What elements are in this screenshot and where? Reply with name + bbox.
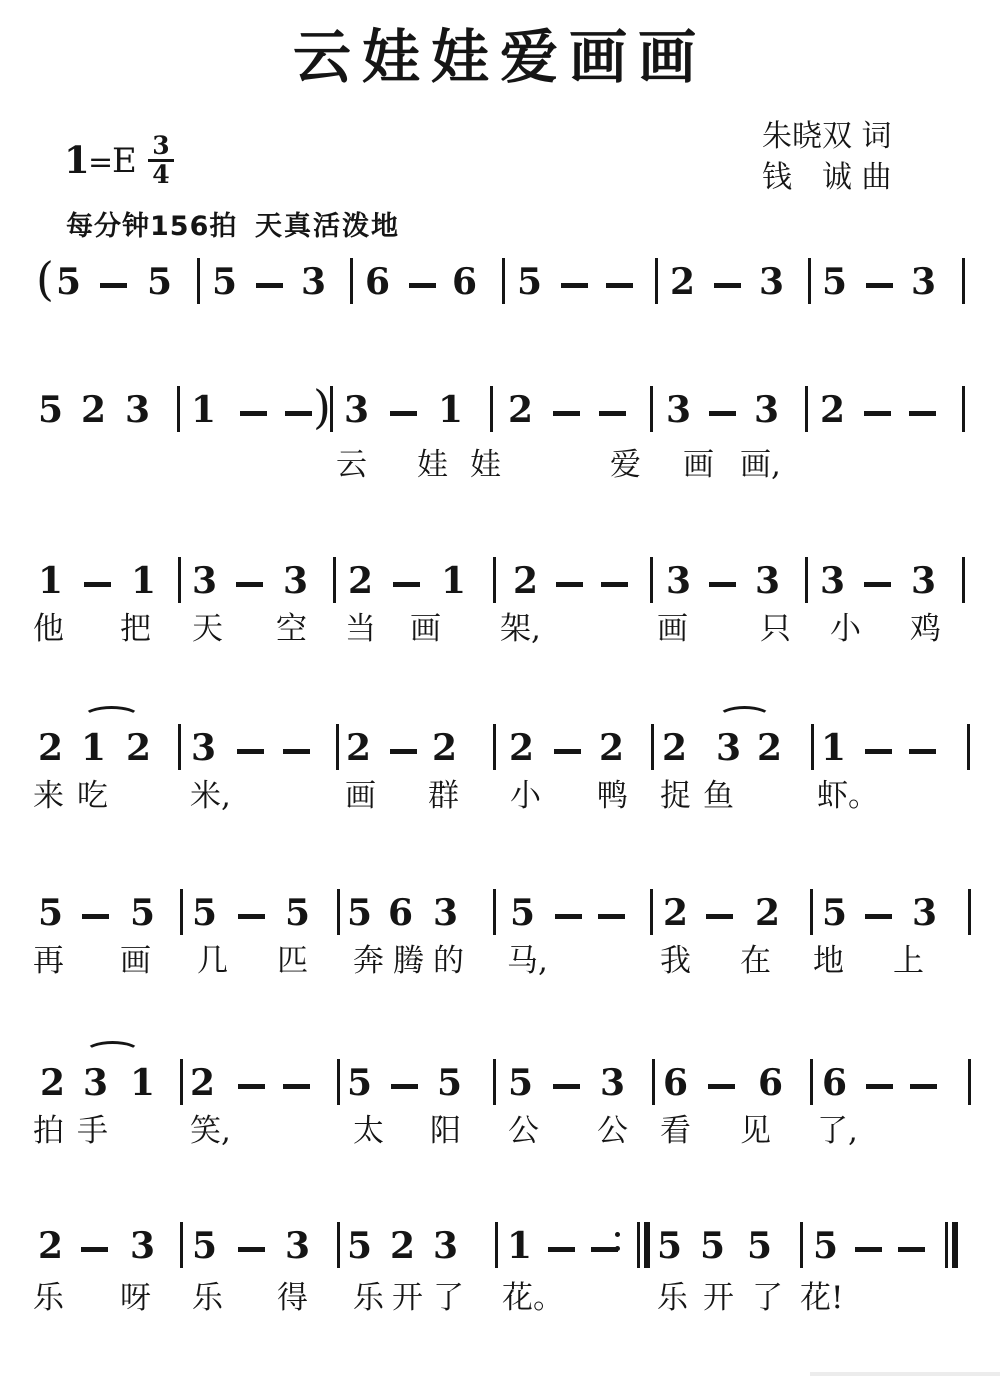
lyric-syllable: 娃 <box>470 448 501 482</box>
barline <box>805 386 808 432</box>
note-token: 2 <box>390 1228 415 1264</box>
note-token: 5 <box>813 1228 838 1264</box>
dash-token <box>84 582 111 587</box>
dash-token <box>238 1084 265 1089</box>
barline <box>178 724 181 770</box>
dash-token <box>238 914 265 919</box>
lyric-syllable: 开 <box>703 1281 734 1315</box>
note-token: 2 <box>432 730 457 766</box>
dash-token <box>555 914 582 919</box>
lyric-syllable: 画 <box>345 779 376 813</box>
barline-stroke <box>637 1222 640 1268</box>
dash-token <box>864 411 891 416</box>
dash-token <box>708 1084 735 1089</box>
note-token: 3 <box>600 1065 625 1101</box>
barline <box>337 1222 340 1268</box>
repeat-dot <box>615 1232 620 1237</box>
barline <box>180 1222 183 1268</box>
lyric-syllable: 云 <box>336 448 367 482</box>
note-token: 2 <box>757 730 782 766</box>
note-token: 1 <box>38 563 63 599</box>
lyric-syllable: 花。 <box>502 1281 564 1315</box>
note-token: 3 <box>344 392 369 428</box>
lyric-syllable: 了, <box>817 1114 858 1148</box>
lyric-syllable: 太 <box>353 1114 384 1148</box>
note-token: 3 <box>433 895 458 931</box>
lyric-syllable: 娃 <box>417 448 448 482</box>
lyric-syllable: 鸡 <box>910 612 941 646</box>
note-token: 6 <box>452 264 477 300</box>
lyric-syllable: 上 <box>893 944 924 978</box>
note-token: 3 <box>666 392 691 428</box>
dash-token <box>898 1247 925 1252</box>
note-token: 2 <box>38 730 63 766</box>
lyric-syllable: 天 <box>192 612 223 646</box>
note-token: 3 <box>301 264 326 300</box>
note-token: 5 <box>700 1228 725 1264</box>
barline <box>962 557 965 603</box>
lyric-syllable: 画 <box>657 612 688 646</box>
note-token: 3 <box>759 264 784 300</box>
phrase-paren: ) <box>313 384 331 430</box>
barline <box>962 258 965 304</box>
barline <box>330 386 333 432</box>
lyric-syllable: 画, <box>740 448 781 482</box>
dash-token <box>391 1084 418 1089</box>
note-token: 2 <box>663 895 688 931</box>
note-token: 2 <box>662 730 687 766</box>
barline <box>805 557 808 603</box>
barline <box>968 889 971 935</box>
barline <box>650 889 653 935</box>
dash-token <box>256 283 283 288</box>
lyric-syllable: 乐 <box>657 1281 688 1315</box>
barline <box>655 258 658 304</box>
note-token: 5 <box>822 895 847 931</box>
note-token: 6 <box>758 1065 783 1101</box>
score: (555366523535231)312332云娃娃爱画画,1133212333… <box>0 0 1000 1383</box>
note-token: 5 <box>517 264 542 300</box>
dash-token <box>81 1247 108 1252</box>
lyric-syllable: 乐 <box>192 1281 223 1315</box>
note-token: 3 <box>666 563 691 599</box>
dash-token <box>553 1084 580 1089</box>
dash-token <box>865 914 892 919</box>
lyric-syllable: 地 <box>813 944 844 978</box>
barline-stroke <box>952 1222 958 1268</box>
dash-token <box>910 1084 937 1089</box>
barline-stroke <box>644 1222 650 1268</box>
barline <box>493 557 496 603</box>
barline-stroke <box>945 1222 948 1268</box>
note-token: 2 <box>126 730 151 766</box>
note-token: 2 <box>81 392 106 428</box>
barline <box>810 889 813 935</box>
lyric-syllable: 公 <box>597 1114 628 1148</box>
note-token: 3 <box>754 392 779 428</box>
barline <box>495 1222 498 1268</box>
note-token: 3 <box>912 895 937 931</box>
barline <box>493 724 496 770</box>
lyric-syllable: 乐 <box>33 1281 64 1315</box>
lyric-syllable: 了 <box>433 1281 464 1315</box>
note-token: 3 <box>83 1065 108 1101</box>
lyric-syllable: 小 <box>830 612 861 646</box>
dash-token <box>866 1084 893 1089</box>
note-token: 3 <box>911 563 936 599</box>
note-token: 5 <box>347 1228 372 1264</box>
dash-token <box>237 749 264 754</box>
lyric-syllable: 了 <box>752 1281 783 1315</box>
lyric-syllable: 拍 <box>33 1114 64 1148</box>
lyric-syllable: 乐 <box>353 1281 384 1315</box>
barline <box>962 386 965 432</box>
dash-token <box>240 411 267 416</box>
note-token: 1 <box>131 563 156 599</box>
dash-token <box>709 582 736 587</box>
dash-token <box>285 411 312 416</box>
barline <box>180 1059 183 1105</box>
note-token: 5 <box>38 392 63 428</box>
lyric-syllable: 得 <box>277 1281 308 1315</box>
dash-token <box>855 1247 882 1252</box>
barline <box>180 889 183 935</box>
note-token: 1 <box>130 1065 155 1101</box>
barline <box>178 557 181 603</box>
phrase-paren: ( <box>36 256 54 302</box>
lyric-syllable: 公 <box>508 1114 539 1148</box>
dash-token <box>606 283 633 288</box>
lyric-syllable: 虾。 <box>817 779 879 813</box>
note-token: 2 <box>38 1228 63 1264</box>
barline <box>350 258 353 304</box>
barline <box>197 258 200 304</box>
lyric-syllable: 画 <box>410 612 441 646</box>
barline <box>811 724 814 770</box>
note-token: 3 <box>283 563 308 599</box>
note-token: 5 <box>437 1065 462 1101</box>
barline <box>493 1059 496 1105</box>
dash-token <box>561 283 588 288</box>
dash-token <box>100 283 127 288</box>
lyric-syllable: 马, <box>507 944 548 978</box>
dash-token <box>548 1247 575 1252</box>
note-token: 3 <box>433 1228 458 1264</box>
note-token: 2 <box>190 1065 215 1101</box>
barline <box>650 386 653 432</box>
note-token: 1 <box>821 730 846 766</box>
note-token: 2 <box>348 563 373 599</box>
lyric-syllable: 呀 <box>120 1281 151 1315</box>
note-token: 6 <box>822 1065 847 1101</box>
lyric-syllable: 见 <box>740 1114 771 1148</box>
barline <box>336 724 339 770</box>
lyric-syllable: 吃 <box>77 779 108 813</box>
note-token: 2 <box>40 1065 65 1101</box>
barline <box>493 889 496 935</box>
sheet-music-page: 云娃娃爱画画 朱晓双 词 钱 诚 曲 1 = E 3 4 每分钟156拍 天真活… <box>0 0 1000 1383</box>
dash-token <box>236 582 263 587</box>
lyric-syllable: 他 <box>33 612 64 646</box>
note-token: 5 <box>56 264 81 300</box>
dash-token <box>283 1084 310 1089</box>
note-token: 3 <box>820 563 845 599</box>
note-token: 5 <box>192 1228 217 1264</box>
note-token: 5 <box>38 895 63 931</box>
lyric-syllable: 群 <box>428 779 459 813</box>
slur-arc <box>85 1041 140 1063</box>
note-token: 1 <box>438 392 463 428</box>
dash-token <box>409 283 436 288</box>
lyric-syllable: 把 <box>120 612 151 646</box>
note-token: 5 <box>347 1065 372 1101</box>
note-token: 1 <box>191 392 216 428</box>
barline <box>810 1059 813 1105</box>
barline <box>337 1059 340 1105</box>
note-token: 5 <box>347 895 372 931</box>
barline <box>967 724 970 770</box>
barline <box>177 386 180 432</box>
slur-arc <box>83 706 140 728</box>
note-token: 5 <box>285 895 310 931</box>
note-token: 2 <box>820 392 845 428</box>
dash-token <box>598 914 625 919</box>
lyric-syllable: 腾 <box>393 944 424 978</box>
note-token: 1 <box>441 563 466 599</box>
note-token: 2 <box>670 264 695 300</box>
note-token: 3 <box>716 730 741 766</box>
repeat-dot <box>615 1246 620 1251</box>
note-token: 3 <box>125 392 150 428</box>
lyric-syllable: 开 <box>392 1281 423 1315</box>
note-token: 5 <box>822 264 847 300</box>
lyric-syllable: 再 <box>33 944 64 978</box>
dash-token <box>393 582 420 587</box>
note-token: 5 <box>510 895 535 931</box>
lyric-syllable: 我 <box>660 944 691 978</box>
lyric-syllable: 鸭 <box>597 779 628 813</box>
lyric-syllable: 匹 <box>277 944 308 978</box>
dash-token <box>554 749 581 754</box>
lyric-syllable: 来 <box>33 779 64 813</box>
dash-token <box>909 411 936 416</box>
lyric-syllable: 架, <box>500 612 541 646</box>
lyric-syllable: 奔 <box>353 944 384 978</box>
dash-token <box>556 582 583 587</box>
dash-token <box>709 411 736 416</box>
barline <box>650 557 653 603</box>
lyric-syllable: 爱 <box>610 448 641 482</box>
barline <box>333 557 336 603</box>
note-token: 2 <box>509 730 534 766</box>
dash-token <box>390 411 417 416</box>
barline <box>808 258 811 304</box>
barline <box>337 889 340 935</box>
note-token: 1 <box>81 730 106 766</box>
note-token: 5 <box>130 895 155 931</box>
note-token: 5 <box>657 1228 682 1264</box>
lyric-syllable: 空 <box>276 612 307 646</box>
note-token: 6 <box>663 1065 688 1101</box>
dash-token <box>909 749 936 754</box>
note-token: 3 <box>191 730 216 766</box>
note-token: 5 <box>747 1228 772 1264</box>
lyric-syllable: 在 <box>740 944 771 978</box>
dash-token <box>706 914 733 919</box>
barline <box>502 258 505 304</box>
lyric-syllable: 鱼 <box>703 779 734 813</box>
lyric-syllable: 手 <box>77 1114 108 1148</box>
lyric-syllable: 画 <box>120 944 151 978</box>
lyric-syllable: 几 <box>197 944 228 978</box>
note-token: 3 <box>911 264 936 300</box>
note-token: 3 <box>285 1228 310 1264</box>
barline <box>968 1059 971 1105</box>
dash-token <box>866 283 893 288</box>
barline <box>800 1222 803 1268</box>
barline <box>490 386 493 432</box>
lyric-syllable: 小 <box>510 779 541 813</box>
dash-token <box>238 1247 265 1252</box>
dash-token <box>714 283 741 288</box>
lyric-syllable: 阳 <box>430 1114 461 1148</box>
lyric-syllable: 看 <box>660 1114 691 1148</box>
lyric-syllable: 的 <box>433 944 464 978</box>
note-token: 5 <box>212 264 237 300</box>
dash-token <box>82 914 109 919</box>
dash-token <box>390 749 417 754</box>
note-token: 2 <box>508 392 533 428</box>
lyric-syllable: 当 <box>345 612 376 646</box>
note-token: 6 <box>365 264 390 300</box>
scan-artifact <box>810 1372 1000 1376</box>
dash-token <box>601 582 628 587</box>
slur-arc <box>718 706 771 728</box>
note-token: 5 <box>147 264 172 300</box>
note-token: 3 <box>755 563 780 599</box>
dash-token <box>864 582 891 587</box>
note-token: 1 <box>507 1228 532 1264</box>
dash-token <box>283 749 310 754</box>
lyric-syllable: 笑, <box>190 1114 231 1148</box>
dash-token <box>553 411 580 416</box>
note-token: 3 <box>192 563 217 599</box>
lyric-syllable: 画 <box>683 448 714 482</box>
note-token: 5 <box>192 895 217 931</box>
lyric-syllable: 米, <box>190 779 231 813</box>
note-token: 5 <box>508 1065 533 1101</box>
note-token: 2 <box>346 730 371 766</box>
note-token: 6 <box>388 895 413 931</box>
note-token: 2 <box>755 895 780 931</box>
note-token: 2 <box>599 730 624 766</box>
note-token: 3 <box>130 1228 155 1264</box>
lyric-syllable: 捉 <box>660 779 691 813</box>
dash-token <box>865 749 892 754</box>
dash-token <box>591 1247 618 1252</box>
lyric-syllable: 花! <box>800 1281 843 1315</box>
note-token: 2 <box>513 563 538 599</box>
dash-token <box>599 411 626 416</box>
barline <box>652 1059 655 1105</box>
barline <box>651 724 654 770</box>
lyric-syllable: 只 <box>760 612 791 646</box>
